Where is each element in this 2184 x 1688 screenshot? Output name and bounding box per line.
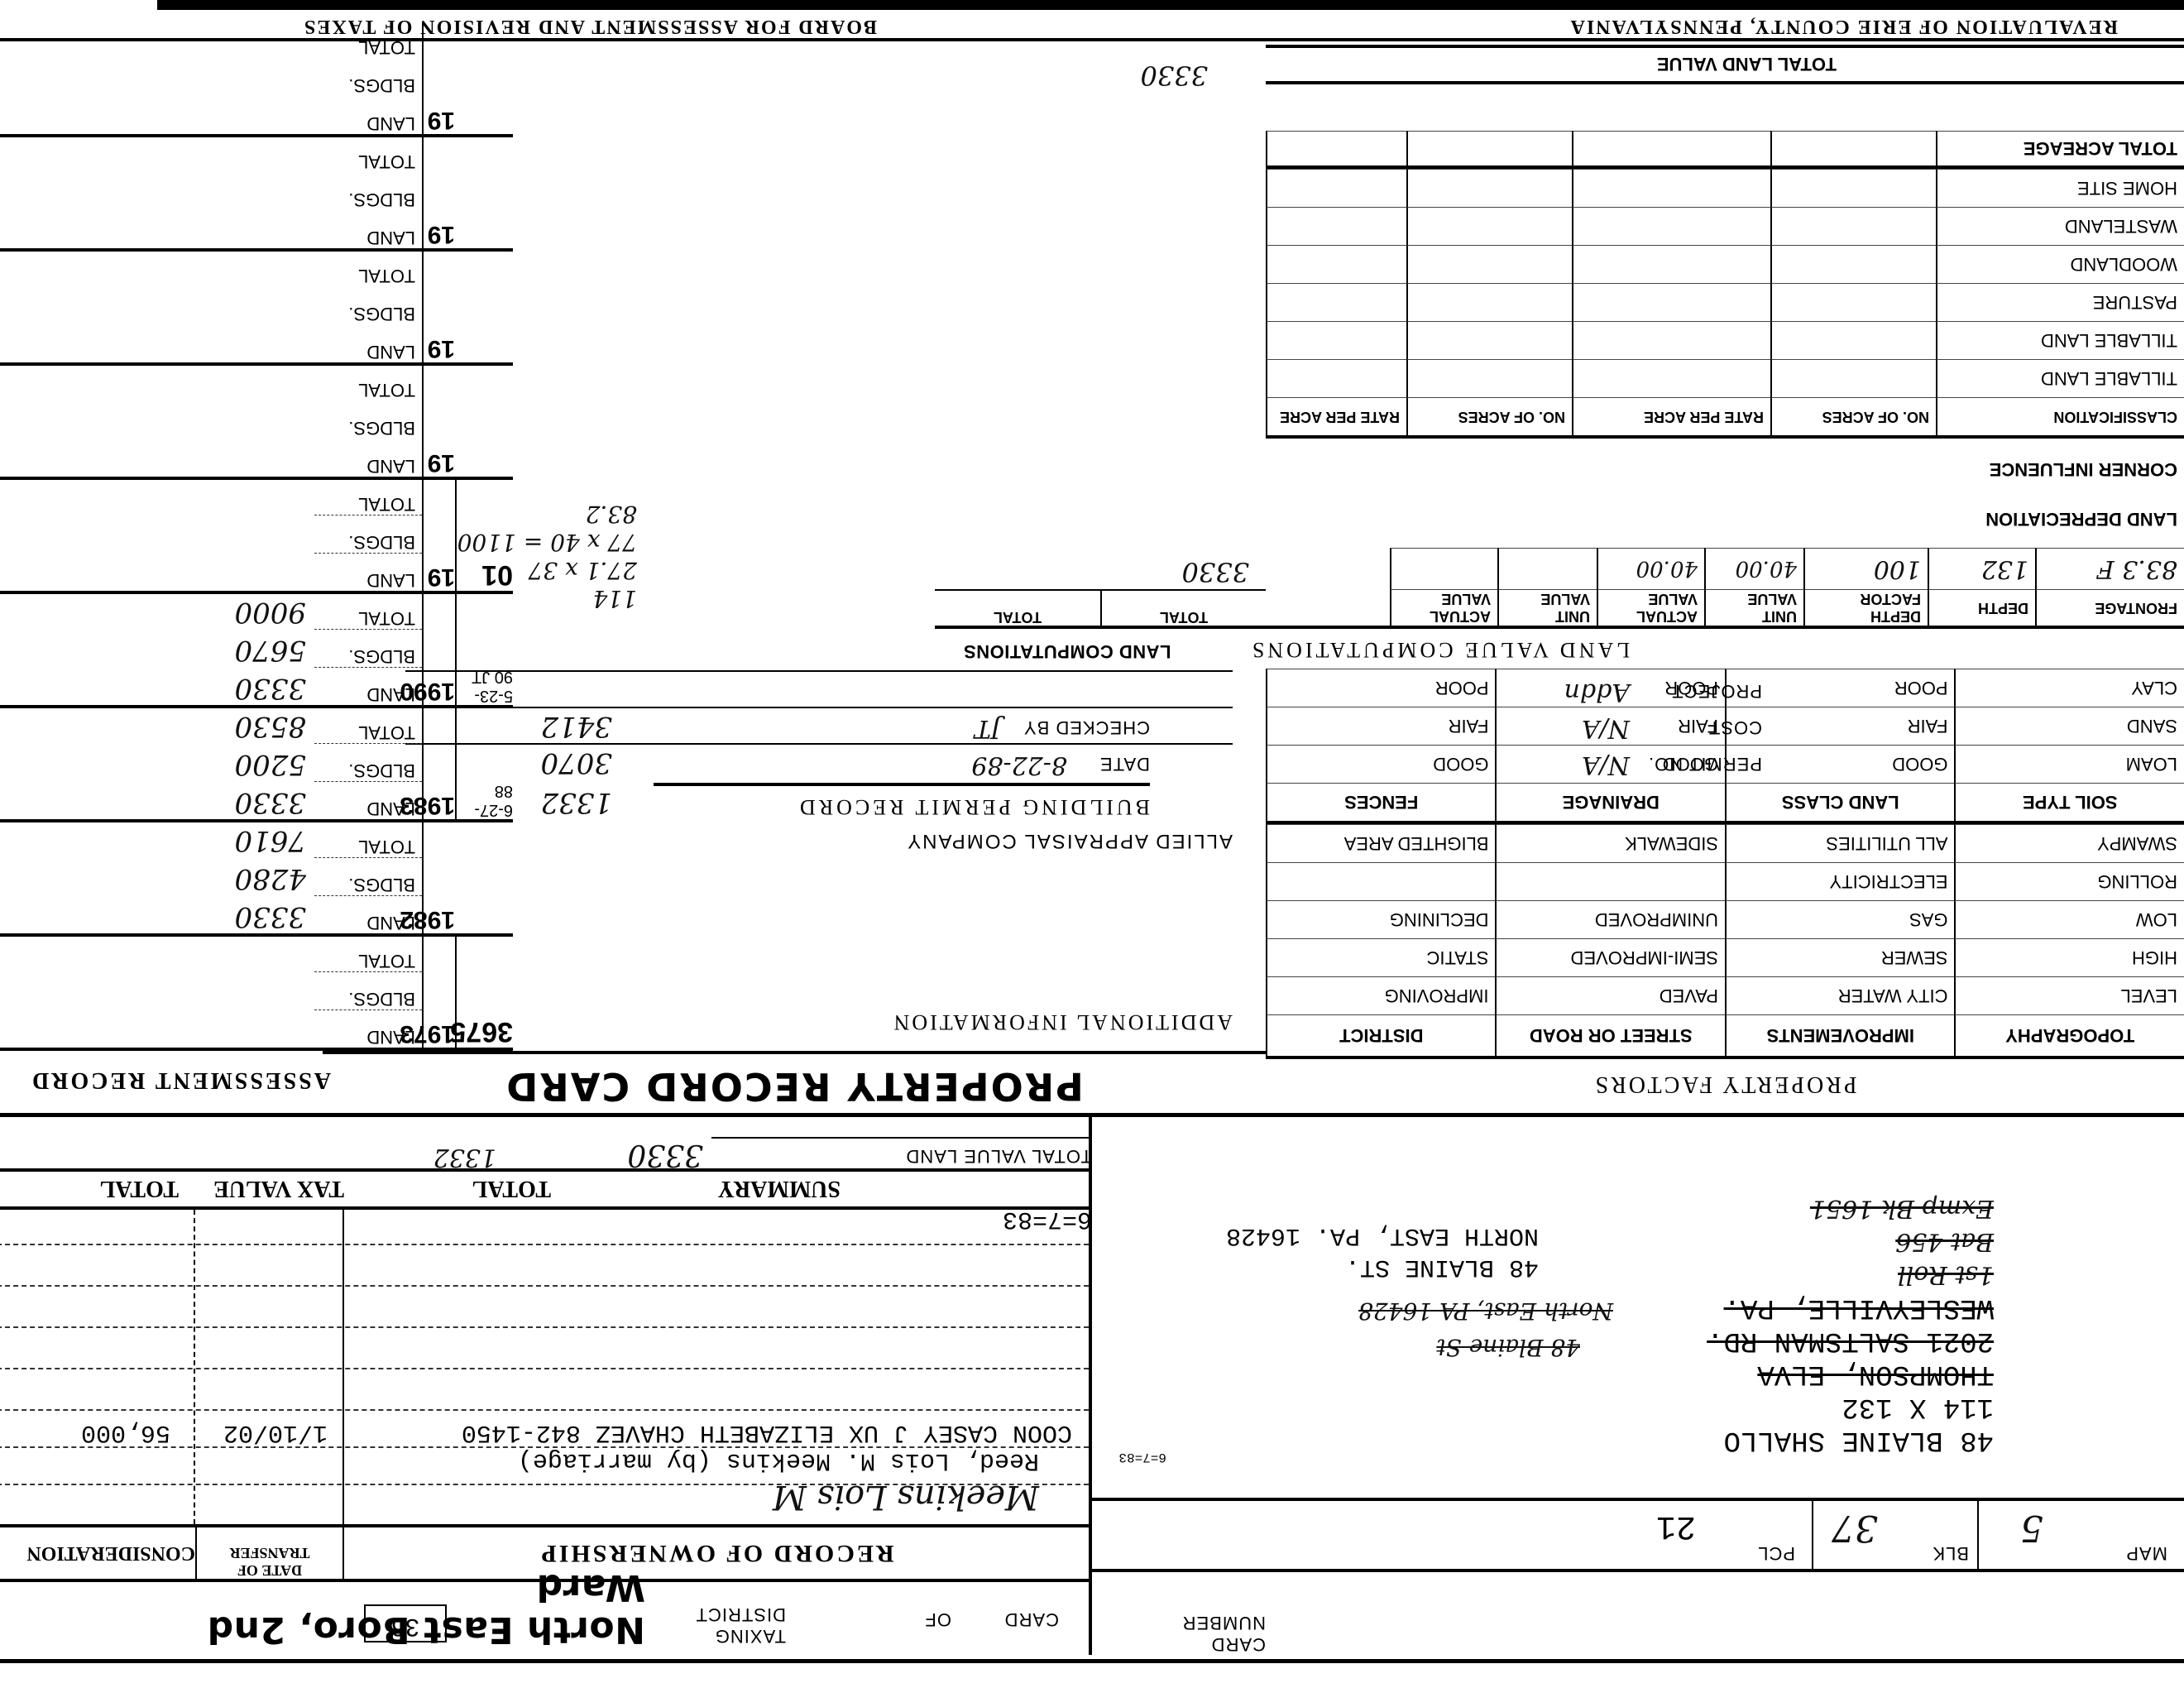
card-number-area: CARD NUMBER — [1166, 1580, 1266, 1655]
permit-value: 3070 — [540, 746, 612, 779]
acreage-header: CLASSIFICATION — [1936, 397, 2184, 435]
factor-option-sidewalk[interactable]: SIDEWALK — [1496, 824, 1726, 862]
acreage-row-label: HOME SITE — [1936, 169, 2184, 207]
land-label: LAND — [314, 439, 422, 477]
total-acreage-label: TOTAL ACREAGE — [1936, 131, 2184, 169]
col-header: ACTUAL VALUE — [1597, 589, 1704, 626]
permit-row: PROJECT Addn — [405, 670, 1233, 707]
top-edge-bar — [157, 0, 2184, 10]
permit-no-value: N/A — [1582, 750, 1630, 779]
acreage-cell[interactable] — [1406, 245, 1572, 283]
land-label: LAND — [314, 667, 422, 705]
assessment-block: 1982 LAND 3330 BLDGS. 4280 TOTAL 7610 — [0, 819, 513, 933]
depth-factor-value: 100 — [1803, 548, 1928, 589]
assessment-blocks: 3675 1973 LAND BLDGS. TOTAL 1982 LAND 33… — [0, 25, 513, 1051]
acreage-cell[interactable] — [1770, 207, 1936, 245]
factor-option-static[interactable]: STATIC — [1266, 938, 1496, 976]
frontage-value: 83.3 F — [2035, 548, 2184, 589]
factor-option-gas[interactable]: GAS — [1725, 900, 1955, 938]
summary-total-value: 3330 — [538, 1138, 703, 1172]
revaluation-title: REVALUATION OF ERIE COUNTY, PENNSYLVANIA — [1208, 15, 2118, 37]
acreage-cell[interactable] — [1266, 207, 1406, 245]
year: 19 — [422, 477, 455, 591]
actual-value: 40.00 — [1597, 548, 1704, 589]
acreage-cell[interactable] — [1572, 207, 1770, 245]
factor-option-unimproved[interactable]: UNIMPROVED — [1496, 900, 1726, 938]
soil-option-sand[interactable]: SAND — [1955, 707, 2184, 745]
year-prefix: 1973 — [422, 933, 455, 1048]
blk-value: 37 — [1832, 1507, 1878, 1549]
date-label: DATE — [1099, 753, 1150, 774]
property-factors: PROPERTY FACTORS TOPOGRAPHY IMPROVEMENTS… — [1266, 596, 2184, 1109]
owner-entry: COON CASEY J UX ELIZABETH CHAVEZ 842-145… — [344, 1418, 1072, 1446]
checked-by-value: JT — [975, 714, 1001, 743]
factor-header: IMPROVEMENTS — [1725, 1014, 1955, 1056]
acreage-cell[interactable] — [1572, 131, 1770, 169]
col-header: DEPTH FACTOR — [1803, 589, 1928, 626]
pcl-value: 21 — [1656, 1507, 1696, 1544]
col-header: UNIT VALUE — [1704, 589, 1803, 626]
year: 19 — [422, 134, 455, 248]
land-value: 3330 — [8, 781, 306, 819]
permit-value: 3412 — [540, 710, 612, 743]
acreage-row-label: WOODLAND — [1936, 245, 2184, 283]
appraisal-company: ALLIED APPRAISAL COMPANY — [736, 829, 1233, 852]
acreage-cell[interactable] — [1406, 169, 1572, 207]
assessment-block: 01 19 LAND BLDGS. TOTAL — [0, 477, 513, 591]
factor-option-declining[interactable]: DECLINING — [1266, 900, 1496, 938]
acreage-cell[interactable] — [1572, 359, 1770, 397]
land-computations-title: LAND COMPUTATIONS — [902, 640, 1233, 662]
factor-header: LAND CLASS — [1725, 783, 1955, 824]
factor-option-electricity[interactable]: ELECTRICITY — [1725, 862, 1955, 900]
property-record-card: CARD NUMBER CARD OF TAXING DISTRICT Nort… — [0, 0, 2184, 1688]
checked-by-label: CHECKED BY — [1023, 717, 1150, 738]
total-label: TOTAL — [314, 819, 422, 857]
card-number-label: CARD NUMBER — [1191, 1612, 1266, 1655]
ownership-title: RECORD OF OWNERSHIP — [344, 1524, 1089, 1582]
actual-value-2 — [1390, 548, 1497, 589]
factor-option-sewer[interactable]: SEWER — [1725, 938, 1955, 976]
col-header: FRONTAGE — [2035, 589, 2184, 626]
total-label: TOTAL — [314, 248, 422, 286]
transfer-date: 1/10/02 — [195, 1418, 328, 1446]
board-title: BOARD FOR ASSESSMENT AND REVISION OF TAX… — [50, 15, 877, 37]
acreage-cell[interactable] — [1406, 131, 1572, 169]
acreage-cell[interactable] — [1406, 207, 1572, 245]
total-value: 9000 — [8, 591, 306, 629]
blk-label: BLK — [1932, 1542, 1969, 1564]
typed-line: 114 X 132 — [1415, 1390, 1994, 1423]
note-line: North East, PA 16428 — [1084, 1292, 1613, 1329]
cost-label: COST — [1708, 717, 1762, 738]
total-header: TOTAL — [1100, 589, 1266, 626]
col-header: UNIT VALUE — [1497, 589, 1597, 626]
acreage-header: NO. OF ACRES — [1406, 397, 1572, 435]
summary-header-row: SUMMARY TOTAL TAX VALUE TOTAL — [0, 1168, 1089, 1210]
factor-option-blighted-area[interactable]: BLIGHTED AREA — [1266, 824, 1496, 862]
soil-option-loam[interactable]: LOAM — [1955, 745, 2184, 783]
assessment-block: 19 LAND BLDGS. TOTAL — [0, 248, 513, 362]
project-value: Addn — [1564, 678, 1630, 707]
acreage-cell[interactable] — [1770, 321, 1936, 359]
land-label: LAND — [314, 553, 422, 591]
factor-option-paved[interactable]: PAVED — [1496, 976, 1726, 1014]
bldgs-label: BLDGS. — [314, 286, 422, 324]
acreage-row-label: PASTURE — [1936, 283, 2184, 321]
building-permit-title: BUILDING PERMIT RECORD — [654, 783, 1150, 819]
handwritten-notes: 1st Roll Bat 456 Exmp Bk 1651 — [1746, 1192, 1994, 1291]
factor-header: DISTRICT — [1266, 1014, 1496, 1056]
factor-header: FENCES — [1266, 783, 1496, 824]
additional-info-label: ADDITIONAL INFORMATION — [819, 1009, 1233, 1034]
consideration-header: CONSIDERATION — [0, 1524, 195, 1582]
unit-value-2 — [1497, 548, 1597, 589]
total-label: TOTAL — [314, 134, 422, 172]
bldgs-label: BLDGS. — [314, 857, 422, 895]
factor-option-blank[interactable] — [1496, 862, 1726, 900]
parcel-row: MAP 5 BLK 37 PCL 21 — [1092, 1498, 2184, 1572]
land-label: LAND — [314, 781, 422, 819]
property-record-card-title: PROPERTY RECORD CARD — [323, 1051, 1266, 1109]
cost-value: N/A — [1582, 714, 1630, 743]
bldgs-value: 5200 — [8, 743, 306, 781]
year: 1983 — [422, 705, 455, 819]
fences-good[interactable]: GOOD — [1266, 745, 1496, 783]
pcl-label: PCL — [1757, 1542, 1795, 1564]
factor-header: SOIL TYPE — [1955, 783, 2184, 824]
col-header: ACTUAL VALUE — [1390, 589, 1497, 626]
fences-fair[interactable]: FAIR — [1266, 707, 1496, 745]
total-value: 7610 — [8, 819, 306, 857]
bottom-border — [0, 38, 2184, 41]
acreage-cell[interactable] — [1572, 169, 1770, 207]
total-label: TOTAL — [314, 362, 422, 400]
date-note: 6-27-88 — [455, 705, 513, 819]
divider — [0, 1113, 2184, 1117]
assessment-block: 19 LAND BLDGS. TOTAL — [0, 134, 513, 248]
summary-label: TOTAL VALUE LAND — [711, 1137, 1092, 1167]
assessment-block: 3675 1973 LAND BLDGS. TOTAL — [0, 933, 513, 1048]
acreage-row-label: WASTELAND — [1936, 207, 2184, 245]
date-of-transfer-header: DATE OF TRANSFER — [195, 1524, 344, 1582]
permit-no-label: PERMIT NO. — [1648, 753, 1762, 774]
property-factors-title: PROPERTY FACTORS — [1266, 1056, 2184, 1109]
bldgs-value: 5670 — [8, 629, 306, 667]
bldgs-value: 4280 — [8, 857, 306, 895]
note-line: Exmp Bk 1651 — [1746, 1192, 1994, 1225]
acreage-cell[interactable] — [1572, 283, 1770, 321]
land-value: 3330 — [8, 895, 306, 933]
factor-header: DRAINAGE — [1496, 783, 1726, 824]
soil-option-clay[interactable]: CLAY — [1955, 669, 2184, 707]
factor-option-city-water[interactable]: CITY WATER — [1725, 976, 1955, 1014]
factor-header: TOPOGRAPHY — [1955, 1014, 2184, 1056]
land-label: LAND — [314, 324, 422, 362]
summary-title: SUMMARY — [718, 1175, 841, 1201]
acreage-cell[interactable] — [1266, 321, 1406, 359]
assessment-block: 5-23-90 JT 1990 LAND 3330 BLDGS. 5670 TO… — [0, 591, 513, 705]
acreage-cell[interactable] — [1266, 131, 1406, 169]
factor-option-improving[interactable]: IMPROVING — [1266, 976, 1496, 1014]
bldgs-label: BLDGS. — [314, 629, 422, 667]
total-label: TOTAL — [314, 591, 422, 629]
acreage-cell[interactable] — [1266, 245, 1406, 283]
total-label: TOTAL — [314, 705, 422, 743]
owner-entry: Reed, Lois M. Meekins (by marriage) — [361, 1446, 1039, 1475]
permit-row: COST N/A CHECKED BY JT 3412 — [405, 707, 1233, 743]
ownership-section: RECORD OF OWNERSHIP DATE OF TRANSFER CON… — [0, 1117, 1092, 1655]
acreage-table: CLASSIFICATION NO. OF ACRES RATE PER ACR… — [1266, 131, 2184, 439]
summary-tax-header: TAX VALUE — [213, 1175, 344, 1201]
typed-line: 48 BLAINE SHALLO — [1415, 1423, 1994, 1456]
bldgs-label: BLDGS. — [314, 400, 422, 439]
depth-value: 132 — [1928, 548, 2035, 589]
corner-influence-label: CORNER INFLUENCE — [1853, 458, 2184, 480]
year: 1990 — [422, 591, 455, 705]
total-value: 8530 — [8, 705, 306, 743]
total-land-value: 3330 — [1042, 60, 1208, 91]
acreage-cell[interactable] — [1572, 245, 1770, 283]
year: 3675 — [455, 933, 513, 1048]
acreage-cell[interactable] — [1406, 283, 1572, 321]
factor-header: STREET OR ROAD — [1496, 1014, 1726, 1056]
acreage-cell[interactable] — [1770, 283, 1936, 321]
assessment-block: 19 LAND BLDGS. TOTAL — [0, 362, 513, 477]
acreage-header: NO. OF ACRES — [1770, 397, 1936, 435]
land-label: LAND — [314, 210, 422, 248]
acreage-cell[interactable] — [1266, 283, 1406, 321]
note: 01 — [455, 477, 513, 591]
acreage-header: RATE PER ACRE — [1572, 397, 1770, 435]
factor-option-low[interactable]: LOW — [1955, 900, 2184, 938]
land-label: LAND — [314, 1009, 422, 1048]
acreage-cell[interactable] — [1266, 359, 1406, 397]
acreage-cell[interactable] — [1572, 321, 1770, 359]
acreage-cell[interactable] — [1266, 169, 1406, 207]
acreage-cell[interactable] — [1770, 245, 1936, 283]
year: 19 — [422, 248, 455, 362]
project-label: PROJECT — [1671, 680, 1762, 702]
year: 1982 — [422, 819, 455, 933]
col-header: DEPTH — [1928, 589, 2035, 626]
factor-option-swampy[interactable]: SWAMPY — [1955, 824, 2184, 862]
acreage-cell[interactable] — [1770, 359, 1936, 397]
summary-total-header-2: TOTAL — [100, 1175, 179, 1201]
unit-value: 40.00 — [1704, 548, 1803, 589]
note-line: Bat 456 — [1746, 1225, 1994, 1258]
acreage-header: RATE PER ACRE — [1266, 397, 1406, 435]
top-border — [0, 1659, 2184, 1663]
total-label: TOTAL — [314, 477, 422, 515]
land-depreciation-label: LAND DEPRECIATION — [1853, 508, 2184, 530]
land-label: LAND — [314, 96, 422, 134]
permit-row: PERMIT NO. N/A DATE 8-22-89 3070 — [405, 743, 1233, 779]
factor-option-rolling[interactable]: ROLLING — [1955, 862, 2184, 900]
year: 19 — [422, 362, 455, 477]
pcl-field[interactable]: PCL 21 — [1481, 1501, 1812, 1569]
acreage-cell[interactable] — [1406, 359, 1572, 397]
total-land-value-label: TOTAL LAND VALUE — [1657, 53, 1837, 74]
land-label: LAND — [314, 895, 422, 933]
date-value: 8-22-89 — [971, 750, 1067, 779]
consideration-value: 56,000 — [5, 1418, 170, 1446]
acreage-row-label: TILLABLE LAND — [1936, 321, 2184, 359]
assessment-block: 6-27-88 1983 LAND 3330 BLDGS. 5200 TOTAL… — [0, 705, 513, 819]
handwritten-struck-address: 48 Blaine St North East, PA 16428 — [1084, 1292, 1613, 1365]
map-field[interactable]: MAP 5 — [1977, 1501, 2184, 1569]
factor-option-blank[interactable] — [1266, 862, 1496, 900]
note-line: 1st Roll — [1746, 1258, 1994, 1291]
bldgs-label: BLDGS. — [314, 172, 422, 210]
date-note: 5-23-90 JT — [455, 591, 513, 705]
building-permit-record: BUILDING PERMIT RECORD 1332 PERMIT NO. N… — [405, 662, 1233, 819]
land-value: 3330 — [8, 667, 306, 705]
map-label: MAP — [2125, 1542, 2167, 1564]
note-line: 48 Blaine St — [1084, 1329, 1613, 1365]
acreage-cell[interactable] — [1770, 169, 1936, 207]
bldgs-label: BLDGS. — [314, 515, 422, 553]
total-header: TOTAL — [935, 589, 1100, 626]
factor-option-high[interactable]: HIGH — [1955, 938, 2184, 976]
factor-option-all-utilities[interactable]: ALL UTILITIES — [1725, 824, 1955, 862]
bldgs-label: BLDGS. — [314, 971, 422, 1009]
acreage-cell[interactable] — [1770, 131, 1936, 169]
factor-option-level[interactable]: LEVEL — [1955, 976, 2184, 1014]
total-value: 3330 — [1100, 556, 1249, 587]
fences-poor[interactable]: POOR — [1266, 669, 1496, 707]
acreage-row-label: TILLABLE LAND — [1936, 359, 2184, 397]
land-value-table: FRONTAGE DEPTH DEPTH FACTOR UNIT VALUE A… — [1266, 548, 2184, 629]
map-value: 5 — [2020, 1507, 2043, 1549]
land-value-totals: TOTAL TOTAL 3330 — [935, 551, 1266, 629]
factor-option-semi-improved[interactable]: SEMI-IMPROVED — [1496, 938, 1726, 976]
total-label: TOTAL — [314, 933, 422, 971]
acreage-cell[interactable] — [1406, 321, 1572, 359]
current-address: 48 BLAINE ST. NORTH EAST, PA. 16428 — [1075, 1220, 1539, 1283]
total-land-value-row: TOTAL LAND VALUE — [1266, 45, 2184, 84]
summary-tax-value: 1332 — [331, 1143, 496, 1172]
bldgs-label: BLDGS. — [314, 743, 422, 781]
bldgs-label: BLDGS. — [314, 58, 422, 96]
summary-total-header: TOTAL — [472, 1175, 551, 1201]
blk-field[interactable]: BLK 37 — [1812, 1501, 1977, 1569]
assessment-record-title: ASSESSMENT RECORD — [0, 1051, 331, 1109]
